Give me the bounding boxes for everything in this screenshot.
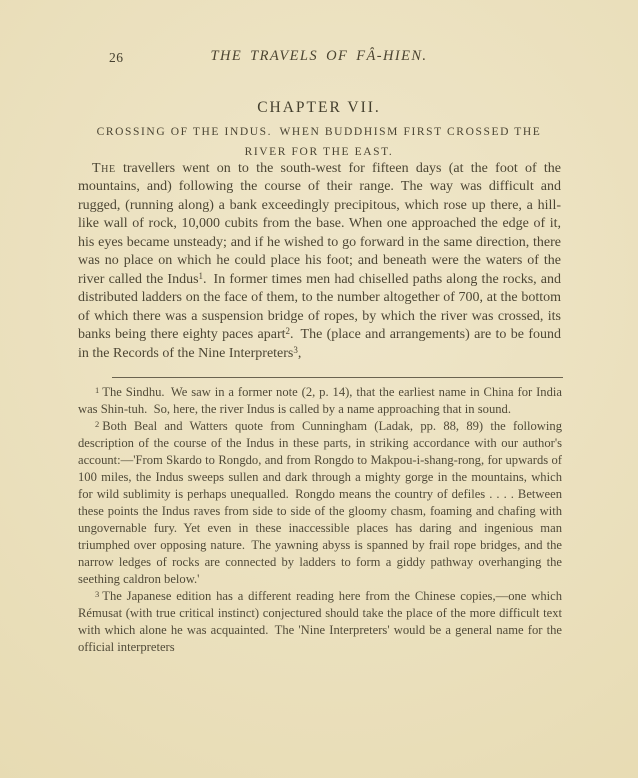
book-page: 26 THE TRAVELS OF FÂ-HIEN. CHAPTER VII. … — [0, 0, 638, 778]
footnote-3: 3The Japanese edition has a different re… — [78, 588, 562, 656]
footnote-3-text: The Japanese edition has a different rea… — [78, 589, 562, 654]
chapter-heading: CHAPTER VII. — [78, 99, 560, 117]
paragraph-segment-1: travellers went on to the south-west for… — [78, 161, 561, 287]
footnote-3-marker: 3 — [95, 589, 99, 599]
footnote-1-marker: 1 — [95, 385, 99, 395]
footnote-1-text: The Sindhu. We saw in a former note (2, … — [78, 385, 562, 416]
running-title: THE TRAVELS OF FÂ-HIEN. — [78, 48, 560, 65]
footnote-2-text: Both Beal and Watters quote from Cunning… — [78, 419, 562, 586]
footnote-2: 2Both Beal and Watters quote from Cunnin… — [78, 418, 562, 588]
lead-word: The — [92, 161, 116, 176]
footnotes-block: 1The Sindhu. We saw in a former note (2,… — [78, 384, 562, 656]
footnote-1: 1The Sindhu. We saw in a former note (2,… — [78, 384, 562, 418]
footnote-separator-rule — [112, 377, 563, 378]
footnote-2-marker: 2 — [95, 419, 99, 429]
chapter-paragraph: The travellers went on to the south-west… — [78, 160, 561, 363]
paragraph-tail: , — [298, 346, 302, 361]
chapter-subtitle: CROSSING OF THE INDUS. WHEN BUDDHISM FIR… — [78, 123, 560, 162]
